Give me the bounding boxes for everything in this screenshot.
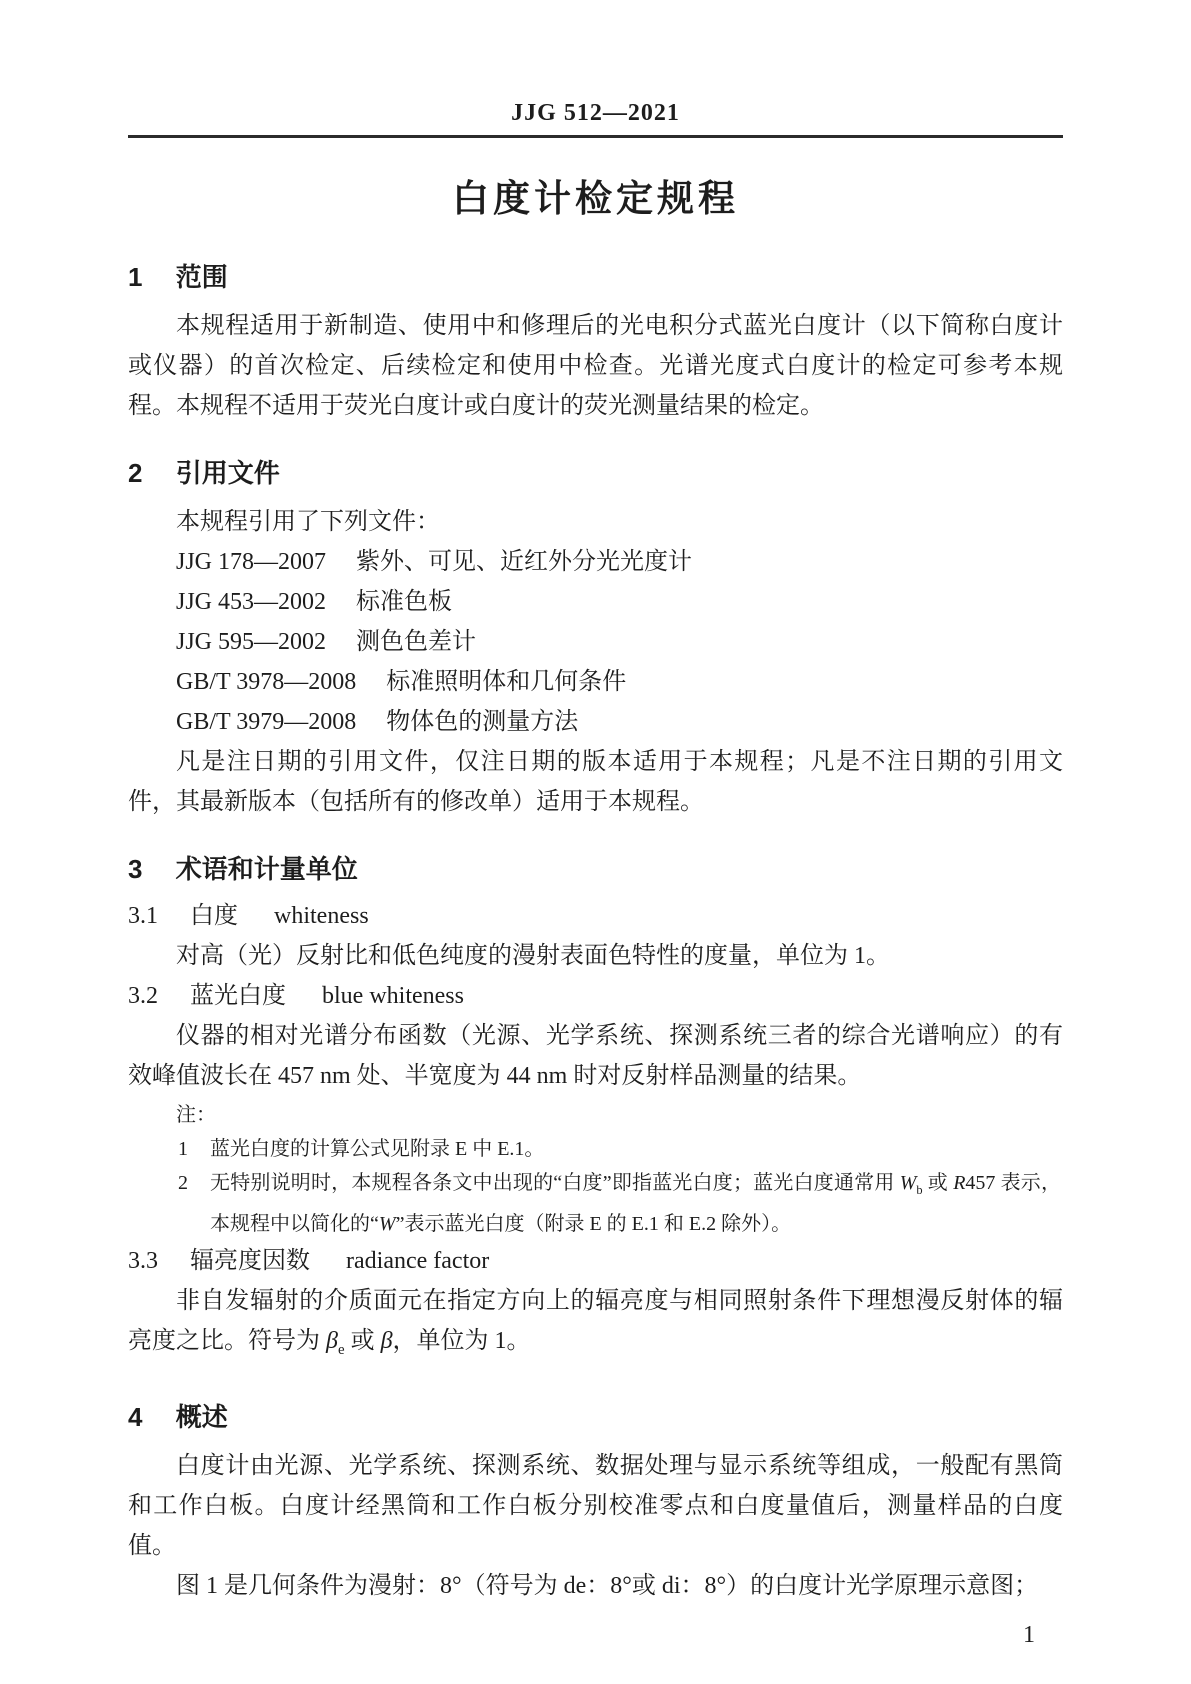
reference-item: JJG 453—2002标准色板 xyxy=(128,582,1063,622)
symbol-beta: β xyxy=(381,1328,393,1354)
reference-item: GB/T 3978—2008标准照明体和几何条件 xyxy=(128,662,1063,702)
term-number: 3.3 xyxy=(128,1241,158,1281)
term-3-1-definition: 对高（光）反射比和低色纯度的漫射表面色特性的度量，单位为 1。 xyxy=(128,936,1063,976)
section-2-heading: 2 引用文件 xyxy=(128,456,1063,490)
reference-item: JJG 178—2007紫外、可见、近红外分光光度计 xyxy=(128,542,1063,582)
reference-code: GB/T 3978—2008 xyxy=(176,669,356,695)
term-number: 3.2 xyxy=(128,976,158,1016)
overview-paragraph-2: 图 1 是几何条件为漫射：8°（符号为 de：8°或 di：8°）的白度计光学原… xyxy=(128,1566,1063,1606)
note-1: 1 蓝光白度的计算公式见附录 E 中 E.1。 xyxy=(128,1132,1063,1166)
reference-name: 测色色差计 xyxy=(356,629,476,655)
section-number: 4 xyxy=(128,1400,142,1434)
term-3-2-definition: 仪器的相对光谱分布函数（光源、光学系统、探测系统三者的综合光谱响应）的有效峰值波… xyxy=(128,1016,1063,1096)
note-text-segment: 无特别说明时，本规程各条文中出现的“白度”即指蓝光白度；蓝光白度通常用 xyxy=(210,1172,900,1194)
reference-item: JJG 595—2002测色色差计 xyxy=(128,622,1063,662)
section-title: 范围 xyxy=(176,262,228,292)
term-english: whiteness xyxy=(274,903,369,929)
term-chinese: 辐亮度因数 xyxy=(190,1248,310,1274)
reference-item: GB/T 3979—2008物体色的测量方法 xyxy=(128,702,1063,742)
overview-paragraph-1: 白度计由光源、光学系统、探测系统、数据处理与显示系统等组成，一般配有黑筒和工作白… xyxy=(128,1446,1063,1566)
note-number: 1 xyxy=(178,1132,210,1166)
notes-label: 注： xyxy=(128,1098,1063,1132)
document-page: JJG 512—2021 白度计检定规程 1 范围 本规程适用于新制造、使用中和… xyxy=(0,0,1191,1684)
section-title: 引用文件 xyxy=(176,458,280,488)
term-chinese: 白度 xyxy=(190,903,238,929)
reference-code: GB/T 3979—2008 xyxy=(176,709,356,735)
symbol-beta: β xyxy=(326,1328,338,1354)
note-text: 蓝光白度的计算公式见附录 E 中 E.1。 xyxy=(210,1132,1063,1166)
document-title: 白度计检定规程 xyxy=(128,168,1063,222)
term-number: 3.1 xyxy=(128,896,158,936)
reference-code: JJG 595—2002 xyxy=(176,629,326,655)
running-header: JJG 512—2021 xyxy=(128,0,1063,127)
scope-paragraph: 本规程适用于新制造、使用中和修理后的光电积分式蓝光白度计（以下简称白度计或仪器）… xyxy=(128,306,1063,426)
reference-code: JJG 453—2002 xyxy=(176,589,326,615)
section-title: 术语和计量单位 xyxy=(176,854,358,884)
note-text: 无特别说明时，本规程各条文中出现的“白度”即指蓝光白度；蓝光白度通常用 Wb 或… xyxy=(210,1166,1063,1241)
references-intro: 本规程引用了下列文件： xyxy=(128,502,1063,542)
reference-code: JJG 178—2007 xyxy=(176,549,326,575)
symbol-R: R xyxy=(953,1172,965,1194)
symbol-W: W xyxy=(900,1172,917,1194)
section-3-heading: 3 术语和计量单位 xyxy=(128,852,1063,886)
section-title: 概述 xyxy=(176,1402,228,1432)
header-rule xyxy=(128,135,1063,138)
section-number: 2 xyxy=(128,456,142,490)
reference-name: 标准色板 xyxy=(356,589,452,615)
note-text-segment: ”表示蓝光白度（附录 E 的 E.1 和 E.2 除外）。 xyxy=(396,1213,792,1235)
term-chinese: 蓝光白度 xyxy=(190,983,286,1009)
term-3-1-heading: 3.1 白度 whiteness xyxy=(128,896,1063,936)
reference-name: 紫外、可见、近红外分光光度计 xyxy=(356,549,692,575)
term-3-2-heading: 3.2 蓝光白度 blue whiteness xyxy=(128,976,1063,1016)
section-4-heading: 4 概述 xyxy=(128,1400,1063,1434)
reference-name: 物体色的测量方法 xyxy=(386,709,578,735)
symbol-W: W xyxy=(379,1213,396,1235)
references-outro: 凡是注日期的引用文件，仅注日期的版本适用于本规程；凡是不注日期的引用文件，其最新… xyxy=(128,742,1063,822)
term-english: blue whiteness xyxy=(322,983,464,1009)
note-2: 2 无特别说明时，本规程各条文中出现的“白度”即指蓝光白度；蓝光白度通常用 Wb… xyxy=(128,1166,1063,1241)
section-number: 3 xyxy=(128,852,142,886)
doc-number: JJG 512—2021 xyxy=(511,100,680,126)
term-english: radiance factor xyxy=(346,1248,489,1274)
reference-name: 标准照明体和几何条件 xyxy=(386,669,626,695)
notes-block: 注： 1 蓝光白度的计算公式见附录 E 中 E.1。 2 无特别说明时，本规程各… xyxy=(128,1098,1063,1241)
definition-segment: 非自发辐射的介质面元在指定方向上的辐亮度与相同照射条件下理想漫反射体的辐亮度之比… xyxy=(128,1288,1063,1354)
symbol-beta-subscript: e xyxy=(338,1342,345,1358)
term-3-3-heading: 3.3 辐亮度因数 radiance factor xyxy=(128,1241,1063,1281)
section-number: 1 xyxy=(128,260,142,294)
term-3-3-definition: 非自发辐射的介质面元在指定方向上的辐亮度与相同照射条件下理想漫反射体的辐亮度之比… xyxy=(128,1281,1063,1370)
page-number: 1 xyxy=(128,1622,1063,1649)
note-text-segment: 或 xyxy=(923,1172,954,1194)
note-number: 2 xyxy=(178,1166,210,1241)
section-1-heading: 1 范围 xyxy=(128,260,1063,294)
definition-segment: ，单位为 1。 xyxy=(393,1328,531,1354)
definition-segment: 或 xyxy=(345,1328,381,1354)
